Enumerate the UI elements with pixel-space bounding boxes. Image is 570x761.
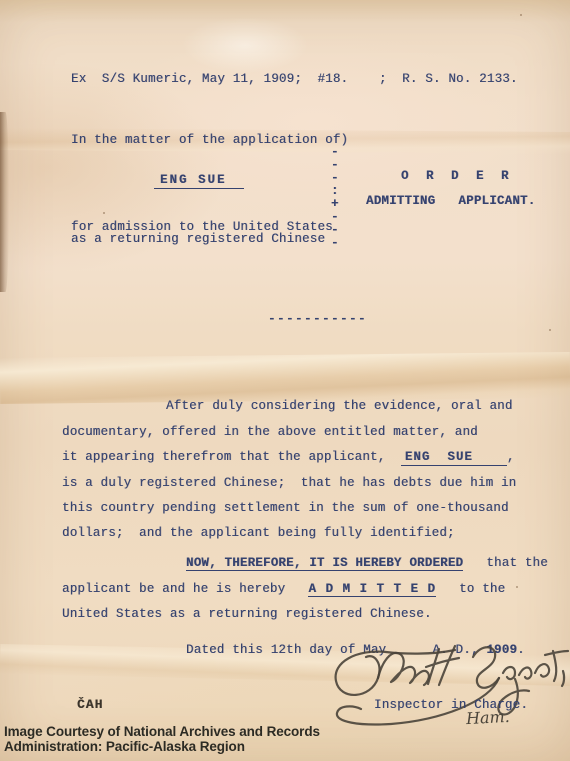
paper-speck <box>549 329 551 331</box>
document-scan: Ex S/S Kumeric, May 11, 1909; #18. ; R. … <box>0 0 570 761</box>
signature-stroke <box>378 653 429 685</box>
paper-speck <box>516 586 518 588</box>
body-line-3: it appearing therefrom that the applican… <box>62 450 515 466</box>
caption-subject-line2: as a returning registered Chinese <box>71 232 325 247</box>
body-line-4: is a duly registered Chinese; that he ha… <box>62 476 516 491</box>
order-title: O R D E R <box>401 169 514 184</box>
archive-credit-line1: Image Courtesy of National Archives and … <box>4 724 320 739</box>
archive-credit-line2: Administration: Pacific-Alaska Region <box>4 739 245 754</box>
order-subtitle: ADMITTING APPLICANT. <box>366 194 535 209</box>
header-line: Ex S/S Kumeric, May 11, 1909; #18. ; R. … <box>71 72 518 87</box>
signature-john-h-sargent <box>283 636 570 736</box>
admitted-word-underlined: A D M I T T E D <box>308 582 436 597</box>
ordered-clause-line: NOW, THEREFORE, IT IS HEREBY ORDERED tha… <box>186 556 548 571</box>
signature-stroke <box>503 664 549 679</box>
body-line-3-suffix: , <box>507 450 515 464</box>
paper-edge-shadow <box>0 112 9 292</box>
body-line-6: dollars; and the applicant being fully i… <box>62 526 455 541</box>
body-line-2: documentary, offered in the above entitl… <box>62 425 478 440</box>
caption-intro: In the matter of the application of) <box>71 133 348 148</box>
paper-speck <box>103 212 105 214</box>
applicant-name-blank: ENG SUE <box>154 173 244 189</box>
body-closing-line: United States as a returning registered … <box>62 607 432 622</box>
admitted-line: applicant be and he is hereby A D M I T … <box>62 582 505 597</box>
body-line-1: After duly considering the evidence, ora… <box>166 399 513 414</box>
separator-dashes: ----------- <box>268 312 367 327</box>
ordered-clause-suffix: that the <box>463 556 548 570</box>
admitted-prefix: applicant be and he is hereby <box>62 582 308 596</box>
body-line-5: this country pending settlement in the s… <box>62 501 509 516</box>
handwritten-annotation: Ham. <box>466 707 511 728</box>
ordered-clause-underlined: NOW, THEREFORE, IT IS HEREBY ORDERED <box>186 556 463 571</box>
signature-stroke <box>473 647 499 688</box>
admitted-suffix: to the <box>436 582 505 596</box>
paper-speck <box>520 14 522 16</box>
paper-fold-crease <box>0 352 570 404</box>
body-line-3-prefix: it appearing therefrom that the applican… <box>62 450 401 464</box>
applicant-name-inline-blank: ENG SUE <box>401 450 507 466</box>
stenographer-initials: ČAH <box>77 697 103 712</box>
